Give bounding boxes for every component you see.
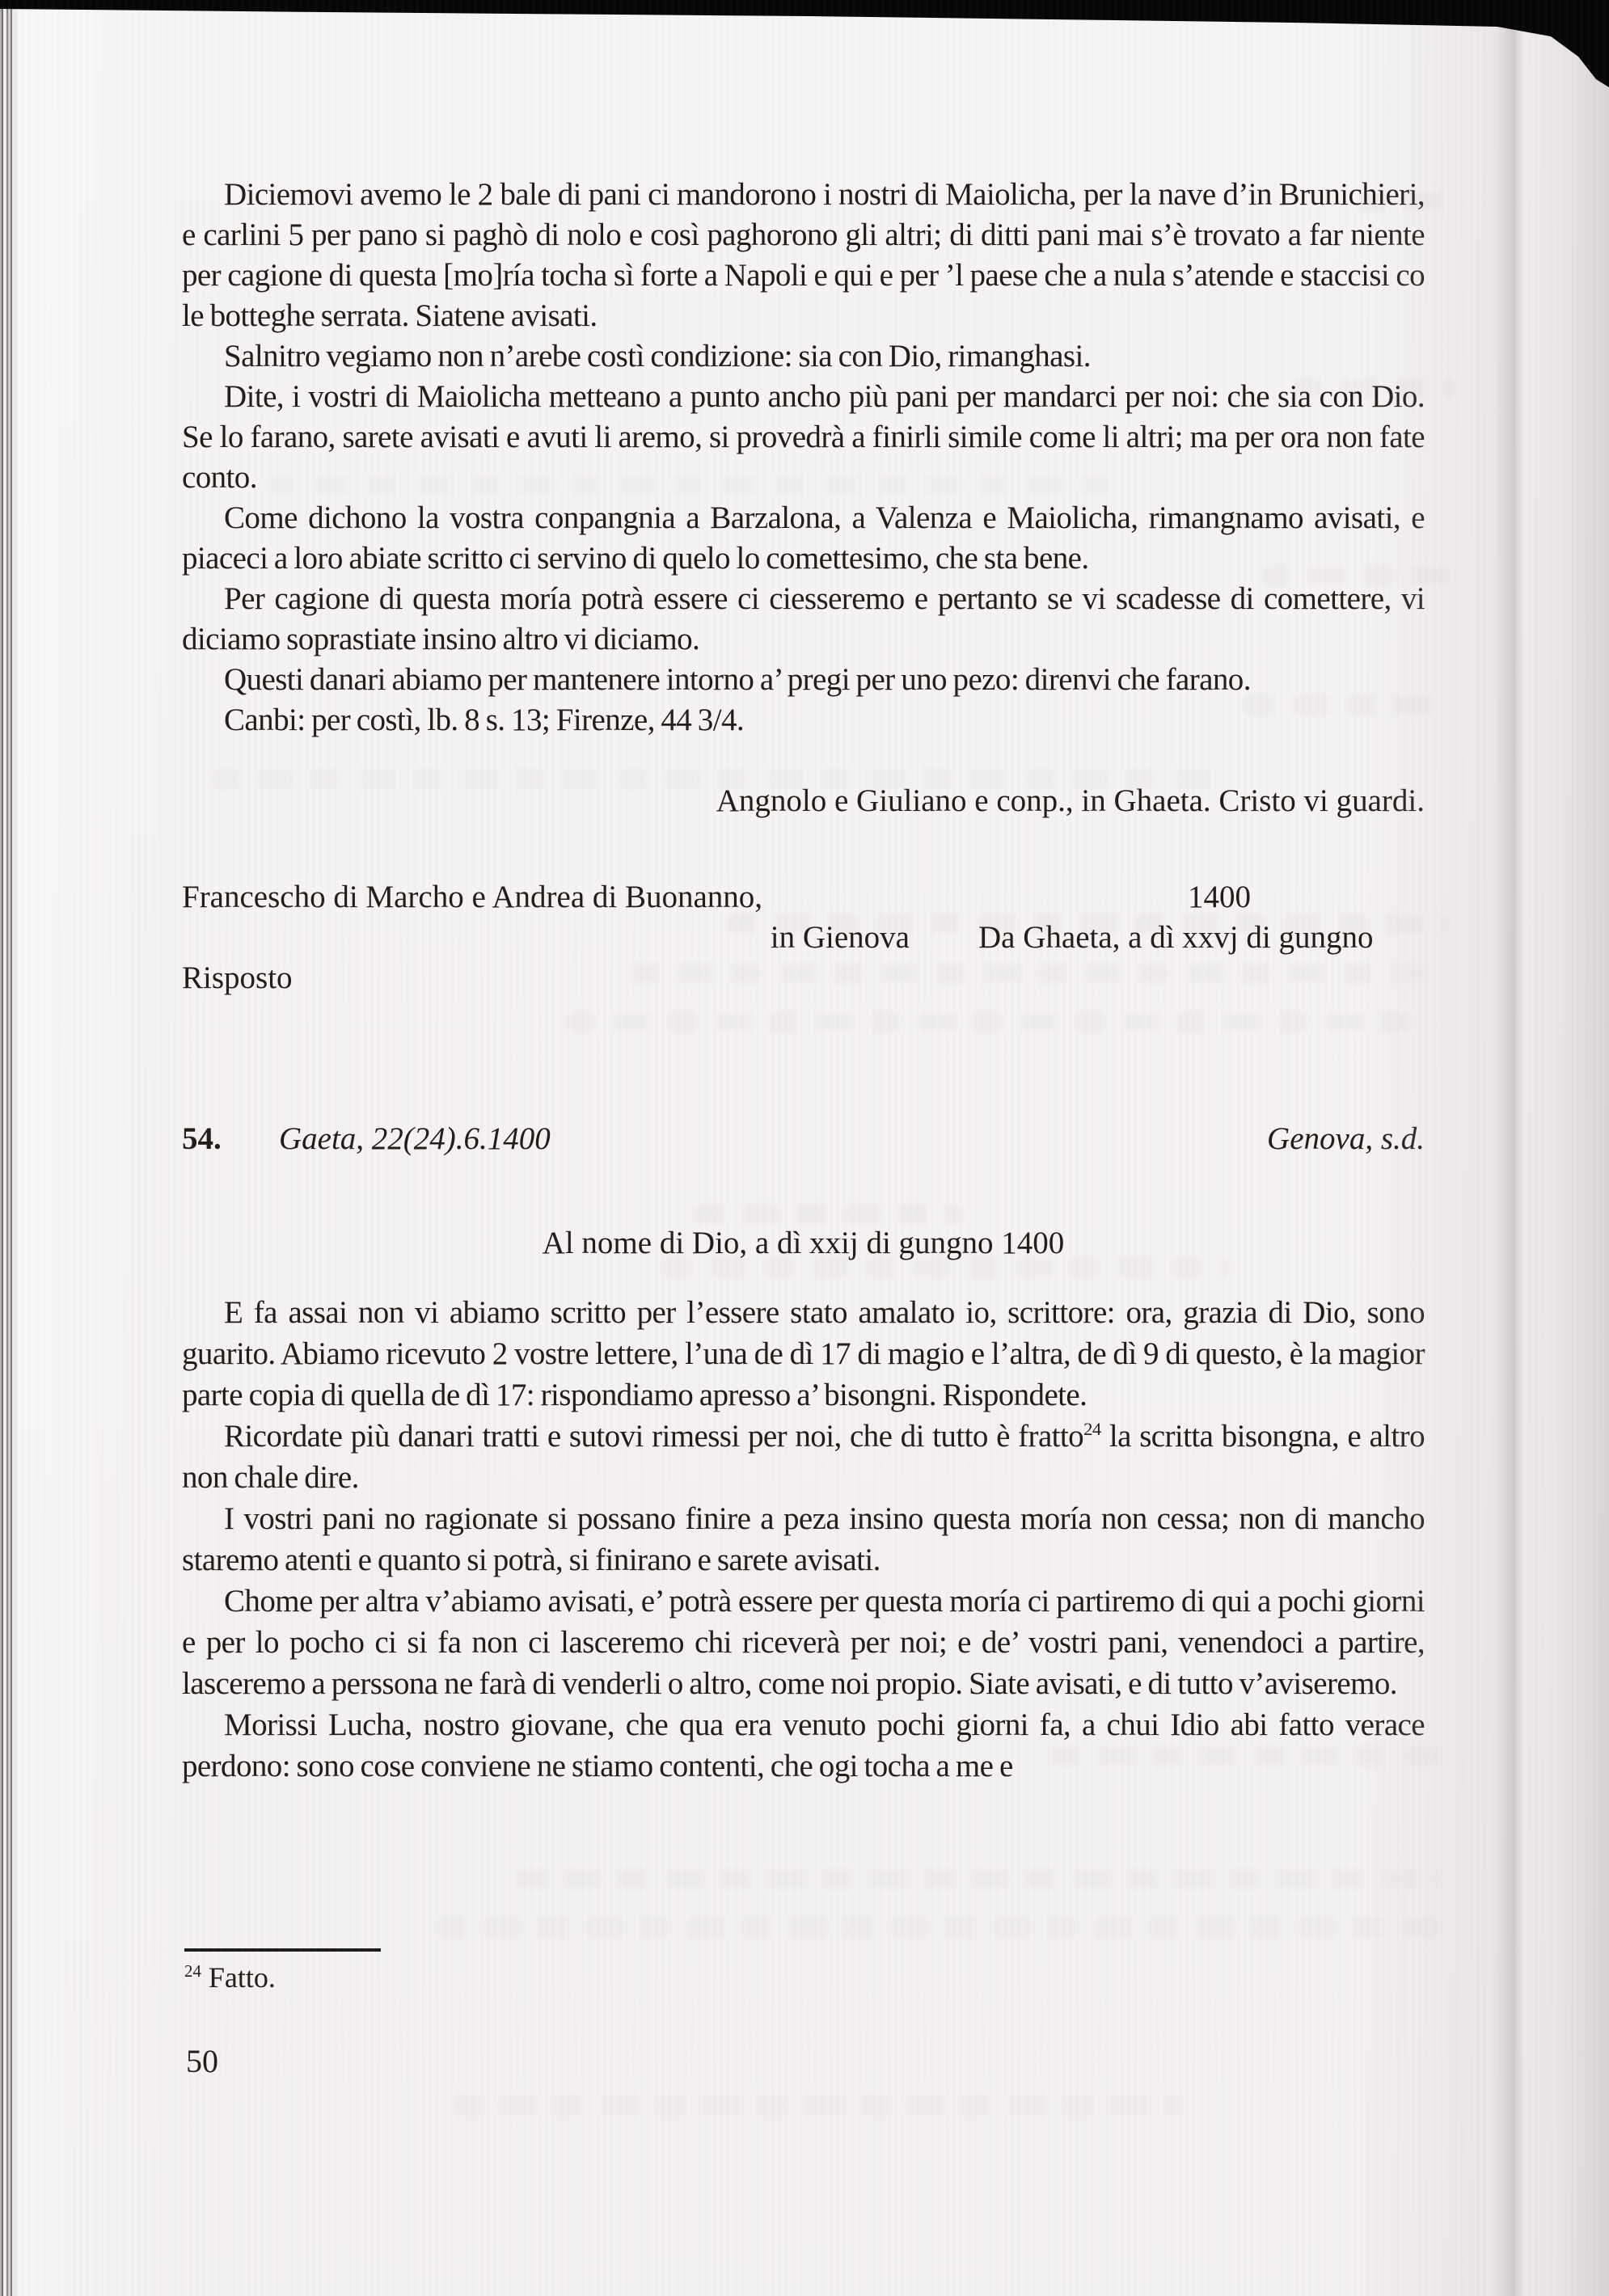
- signature-line: Angnolo e Giuliano e conp., in Ghaeta. C…: [182, 781, 1425, 821]
- paragraph: Chome per altra v’abiamo avisati, e’ pot…: [182, 1581, 1425, 1704]
- bleedthrough-ghost: [566, 1012, 1415, 1032]
- response-annotation: Risposto: [182, 958, 293, 998]
- address-year: 1400: [1142, 877, 1296, 918]
- letter-53-body: Diciemovi avemo le 2 bale di pani ci man…: [182, 175, 1425, 741]
- paragraph: Ricordate più danari tratti e sutovi rim…: [182, 1416, 1425, 1498]
- salutation-line: Al nome di Dio, a dì xxij di gungno 1400: [182, 1223, 1425, 1264]
- address-block: Francescho di Marcho e Andrea di Buonann…: [182, 877, 1425, 1007]
- footnote-marker: 24: [184, 1961, 201, 1981]
- letter-heading-destination: Genova, s.d.: [1267, 1119, 1425, 1159]
- bleedthrough-ghost: [517, 1869, 1439, 1889]
- paragraph: Canbi: per costì, lb. 8 s. 13; Firenze, …: [182, 700, 1425, 741]
- bleedthrough-ghost: [453, 2096, 1180, 2115]
- book-page: Diciemovi avemo le 2 bale di pani ci man…: [0, 0, 1609, 2296]
- fore-edge-page-stack: [0, 6, 18, 2296]
- paragraph: E fa assai non vi abiamo scritto per l’e…: [182, 1292, 1425, 1416]
- letter-54-header: 54. Gaeta, 22(24).6.1400 Genova, s.d.: [182, 1119, 1425, 1159]
- address-origin: Da Ghaeta, a dì xxvj di gungno: [978, 918, 1373, 958]
- bleedthrough-ghost: [437, 1918, 1439, 1937]
- scanner-background-edge: [0, 0, 1609, 91]
- paragraph: Diciemovi avemo le 2 bale di pani ci man…: [182, 175, 1425, 336]
- page-number: 50: [186, 2042, 218, 2080]
- footnote: 24 Fatto.: [184, 1960, 276, 1995]
- footnote-rule: [184, 1948, 381, 1952]
- paragraph: Come dichono la vostra conpangnia a Barz…: [182, 498, 1425, 579]
- address-place: in Gienova: [748, 918, 910, 958]
- paragraph-text: Ricordate più danari tratti e sutovi rim…: [224, 1419, 1083, 1454]
- letter-54-body: E fa assai non vi abiamo scritto per l’e…: [182, 1292, 1425, 1787]
- paragraph: Dite, i vostri di Maiolicha metteano a p…: [182, 377, 1425, 498]
- footnote-text: Fatto.: [209, 1961, 276, 1994]
- paragraph: I vostri pani no ragionate si possano fi…: [182, 1498, 1425, 1581]
- paragraph: Questi danari abiamo per mantenere intor…: [182, 660, 1425, 700]
- footnote-reference: 24: [1083, 1419, 1100, 1439]
- bleedthrough-ghost: [695, 1205, 962, 1224]
- scanned-book-photo: { "colors": { "paper": "#f4f1f2", "ink":…: [0, 0, 1609, 2296]
- letter-heading-place-date: Gaeta, 22(24).6.1400: [279, 1119, 1267, 1159]
- paragraph: Salnitro vegiamo non n’arebe costì condi…: [182, 336, 1425, 377]
- letter-number: 54.: [182, 1119, 279, 1159]
- paragraph: Per cagione di questa moría potrà essere…: [182, 579, 1425, 660]
- sender-line: Francescho di Marcho e Andrea di Buonann…: [182, 877, 762, 918]
- paragraph: Morissi Lucha, nostro giovane, che qua e…: [182, 1704, 1425, 1787]
